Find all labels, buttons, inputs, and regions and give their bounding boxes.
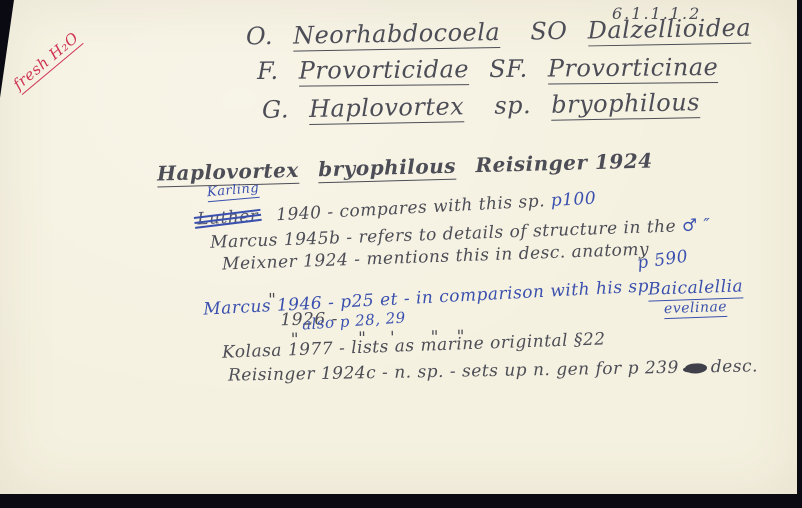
note-reisinger-end: desc. xyxy=(711,356,758,377)
taxon-order: Neorhabdocoela xyxy=(293,18,501,52)
index-card: fresh H₂O 6.1.1.1.2 O. Neorhabdocoela SO… xyxy=(0,0,797,494)
ink-scribble-blot xyxy=(685,363,707,373)
corner-note-text: fresh H₂O xyxy=(10,29,84,96)
title-authority: Reisinger 1924 xyxy=(475,149,653,178)
comparison-taxon-species: evelinae xyxy=(664,299,728,317)
spacer xyxy=(265,220,277,221)
taxon-suborder: Dalzellioidea xyxy=(587,14,751,47)
taxon-family: Provorticidae xyxy=(299,55,470,86)
rank-family: F. xyxy=(257,57,279,85)
title-species: bryophilous xyxy=(318,154,456,184)
photo-background: fresh H₂O 6.1.1.1.2 O. Neorhabdocoela SO… xyxy=(0,0,802,508)
struck-out-word: Luther xyxy=(197,206,259,229)
rank-suborder: SO xyxy=(530,17,568,46)
species-title: Haplovortex bryophilous Reisinger 1924 xyxy=(157,149,653,186)
classification-line-family: F. Provorticidae SF. Provorticinae xyxy=(257,53,719,85)
rank-order: O. xyxy=(246,22,273,50)
insert-karling: Karling xyxy=(206,181,259,200)
classification-line-genus: G. Haplovortex sp. bryophilous xyxy=(262,88,700,124)
note-1940-text: 1940 - compares with this sp. xyxy=(276,191,546,225)
male-symbol: ♂ ″ xyxy=(682,215,711,236)
classification-line-order: O. Neorhabdocoela SO Dalzellioidea xyxy=(246,14,752,51)
rank-subfamily: SF. xyxy=(489,55,528,83)
rank-genus: G. xyxy=(262,95,289,123)
taxon-species: bryophilous xyxy=(551,88,700,121)
taxon-genus: Haplovortex xyxy=(309,92,465,125)
comparison-taxon-genus: Baicalellia xyxy=(648,276,744,299)
rank-species: sp. xyxy=(494,91,531,120)
taxon-subfamily: Provorticinae xyxy=(548,53,719,84)
corner-note-fresh-water: fresh H₂O xyxy=(10,29,83,94)
note-1940-page: p100 xyxy=(550,189,596,211)
